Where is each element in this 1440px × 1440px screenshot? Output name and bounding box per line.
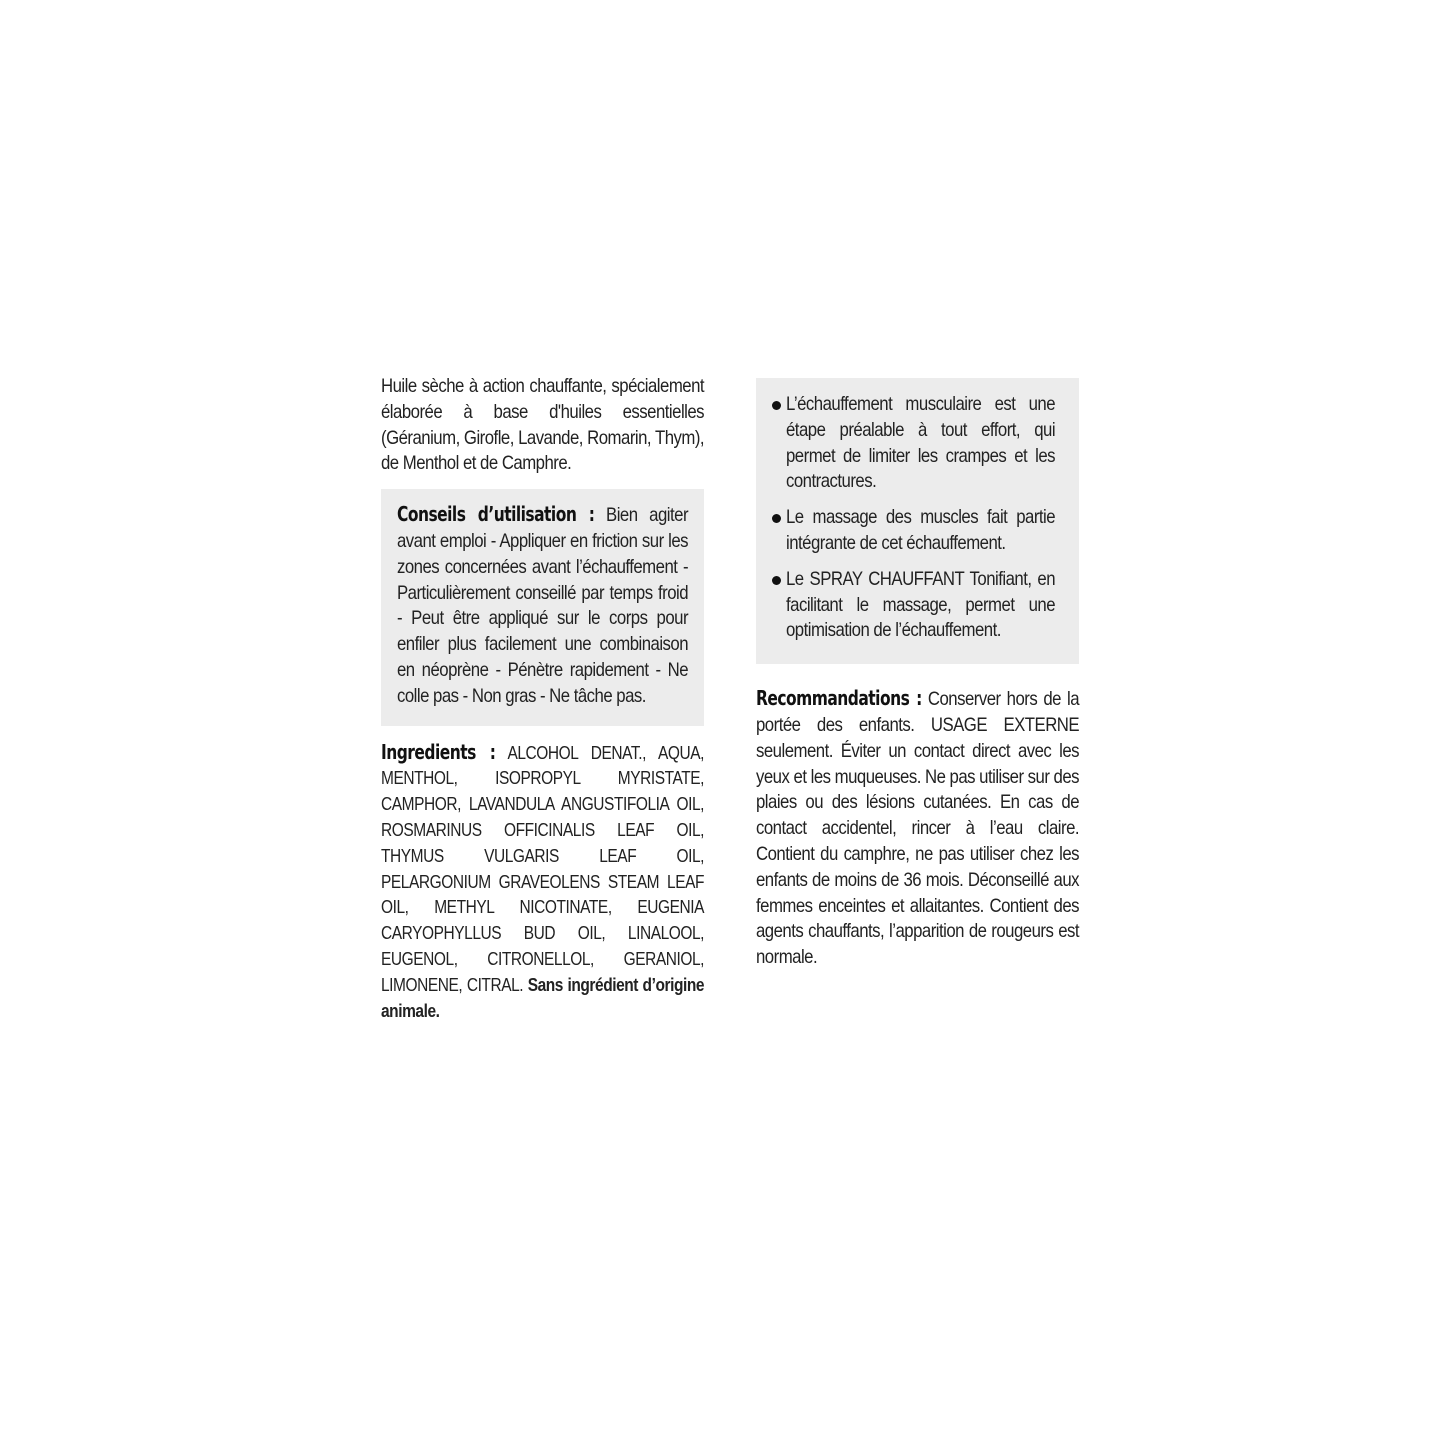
recommendations-heading: Recommandations : (756, 686, 922, 710)
benefit-item: Le massage des muscles fait partie intég… (772, 505, 1055, 557)
bullet-icon (772, 576, 781, 585)
benefit-item: Le SPRAY CHAUFFANT Tonifiant, en facilit… (772, 567, 1055, 644)
usage-text: Bien agiter avant emploi - Appliquer en … (397, 504, 688, 707)
benefits-box: L’échauffement musculaire est une étape … (756, 378, 1079, 664)
recommendations-text: Conserver hors de la portée des enfants.… (756, 688, 1079, 968)
bullet-icon (772, 401, 781, 410)
product-description: Huile sèche à action chauffante, spécial… (381, 374, 704, 477)
usage-advice-box: Conseils d’utilisation : Bien agiter ava… (381, 489, 704, 725)
bullet-icon (772, 514, 781, 523)
benefits-list: L’échauffement musculaire est une étape … (772, 392, 1055, 644)
ingredients-list: ALCOHOL DENAT., AQUA, MENTHOL, ISOPROPYL… (381, 743, 704, 995)
usage-heading: Conseils d’utilisation : (397, 502, 594, 526)
ingredients-section: Ingredients : ALCOHOL DENAT., AQUA, MENT… (381, 740, 704, 1025)
right-column: L’échauffement musculaire est une étape … (756, 378, 1079, 971)
ingredients-heading: Ingredients : (381, 740, 495, 764)
usage-advice: Conseils d’utilisation : Bien agiter ava… (397, 502, 688, 709)
recommendations-section: Recommandations : Conserver hors de la p… (756, 686, 1079, 971)
benefit-item: L’échauffement musculaire est une étape … (772, 392, 1055, 495)
left-column: Huile sèche à action chauffante, spécial… (381, 374, 704, 1024)
